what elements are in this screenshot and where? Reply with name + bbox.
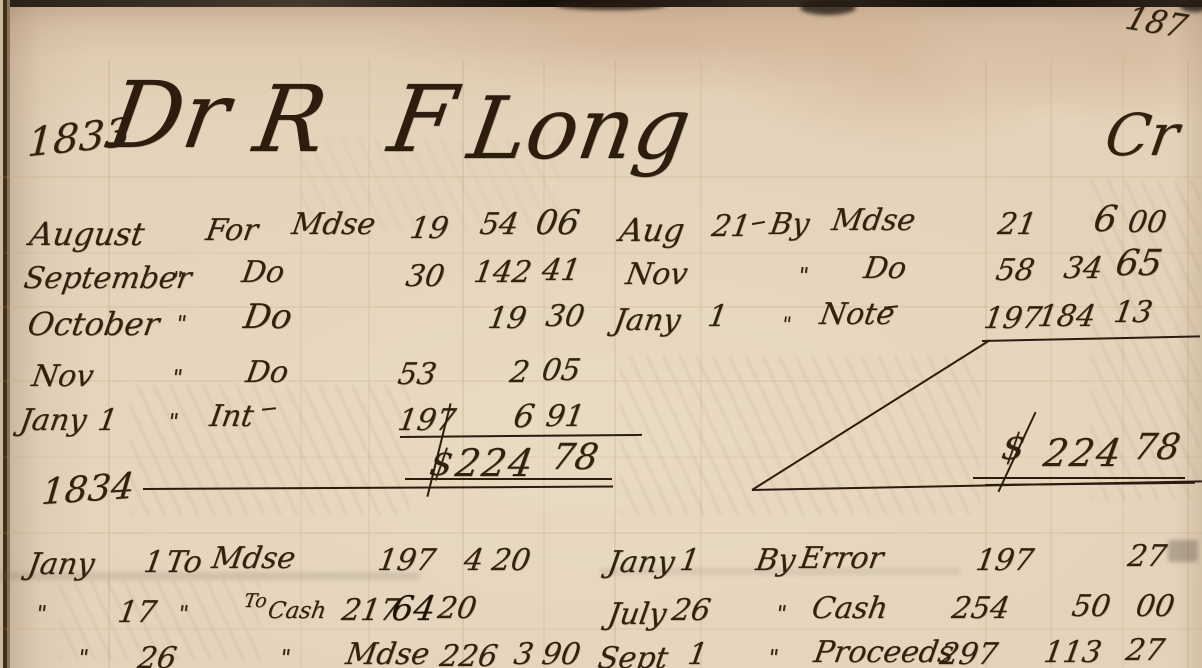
entry-prefix: By [768,210,812,240]
column-rule [1050,60,1052,668]
entry-month: October [25,308,161,340]
entry-folio: 19 [408,214,451,244]
entry-cents: 13 [1112,298,1155,328]
entry-cents: 27 [1124,636,1167,666]
entry-folio: 53 [396,360,439,390]
entry-item: Mdse [210,544,298,574]
entry-cents: 00 [1134,592,1177,622]
ditto-mark: " [766,648,780,668]
total-dollars: 224 [1041,434,1126,472]
ditto-mark: " [796,266,810,288]
entry-day: 1 [96,406,120,436]
entry-dollars: 3 [512,640,536,668]
top-edge-blotch [556,0,666,10]
entry-cents: 91 [544,402,587,432]
entry-cents: 20 [436,594,479,624]
entry-item: Mdse [830,206,918,236]
entry-dollars: 2 [508,358,532,388]
entry-day: 26 [136,644,179,668]
total-rule-below-2 [985,482,1195,486]
entry-cents: 05 [540,356,583,386]
row-rule [0,532,1202,534]
year-label-1834: 1834 [40,469,136,511]
entry-month: Jany [612,306,683,336]
entry-cents: 27 [1126,542,1169,572]
entry-item: Do [244,358,291,388]
row-rule [0,628,1202,630]
entry-cents: 41 [540,256,583,286]
entry-folio: 197 [974,546,1036,576]
top-edge-blotch [800,0,856,15]
credit-side-label: Cr [1101,106,1182,164]
entry-month: Jany [18,406,89,436]
ditto-mark: " [176,604,190,626]
entry-month: September [22,264,194,294]
entry-dollars: 142 [472,258,534,288]
entry-month: Jany [26,550,97,580]
ditto-mark: " [278,648,292,668]
entry-prefix: To [164,548,205,578]
entry-cents: 20 [490,546,533,576]
entry-item: Mdse [344,640,432,668]
ledger-page-scan: 187 1833 Dr R F Long Cr August For Mdse … [0,0,1202,668]
entry-dollars: 34 [1062,254,1105,284]
entry-month: Nov [30,362,96,392]
total-rule-below-1 [405,478,612,480]
ditto-mark: " [76,648,90,668]
entry-folio: 297 [938,640,1000,668]
ink-smudge [1168,540,1198,562]
ditto-mark: " [780,314,792,334]
entry-month: Jany [606,548,677,578]
entry-month: August [27,218,146,250]
entry-folio: 21 [996,210,1039,240]
entry-item: Int [208,402,256,432]
entry-day: 21 [710,212,753,242]
ditto-mark: " [170,368,184,390]
item-dash [262,407,276,410]
account-initials: R F [249,74,480,166]
entry-dollars: 113 [1042,638,1104,668]
entry-item: Do [862,254,909,284]
column-rule [1187,60,1189,668]
note-underline [982,335,1200,342]
entry-cents: 30 [544,302,587,332]
entry-item: Do [241,300,294,334]
entry-dollars: 19 [486,304,529,334]
entry-day: 17 [116,598,159,628]
total-cents: 78 [1131,430,1183,466]
entry-folio: 254 [950,594,1012,624]
total-dollars: 224 [453,444,538,482]
entry-month: July [606,600,669,630]
entry-item: Do [240,258,287,288]
entry-month: Sept [596,644,670,668]
entry-folio: 197 [376,546,438,576]
ditto-mark: " [166,412,180,434]
entry-cents: 00 [1126,208,1169,238]
ditto-mark: " [174,314,188,336]
entry-month: Nov [624,260,690,290]
entry-day: 1 [706,302,730,332]
entry-day: 26 [670,596,713,626]
entry-item: Note [818,300,897,330]
entry-folio: 30 [404,262,447,292]
column-rule [700,60,702,668]
entry-dollars: 184 [1036,302,1098,332]
entry-dollars: 4 [462,546,486,576]
entry-item: Cash [266,600,328,623]
entry-dollars: 50 [1070,592,1113,622]
entry-dollars: 6 [1091,202,1120,238]
entry-prefix: By [754,546,798,576]
entry-item: Cash [810,594,890,624]
entry-day: 1 [686,640,710,668]
entry-cents: 06 [533,206,582,240]
total-cents: 78 [549,440,601,476]
entry-folio: 226 [438,642,500,668]
entry-month: Aug [617,214,686,246]
account-surname: Long [463,86,696,172]
entry-item: Proceeds [812,638,956,668]
ditto-mark: " [774,604,788,626]
binding-edge [0,0,10,668]
entry-item-superscript: To [242,592,268,611]
day-dash [752,221,765,225]
entry-dollars: 64 [389,592,438,626]
entry-item: Mdse [290,210,378,240]
entry-cents: 65 [1113,246,1165,282]
entry-cents: 90 [540,640,583,668]
entry-dollars: 6 [511,400,536,432]
ditto-mark: " [34,604,48,626]
entry-folio: 58 [994,256,1037,286]
entry-item: Error [798,544,886,574]
entry-dollars: 54 [478,210,521,240]
page-number: 187 [1122,1,1191,42]
closing-diagonal [751,339,990,490]
entry-folio: 197 [982,304,1044,334]
entry-prefix: For [204,216,260,246]
debit-side-label: Dr [103,70,235,162]
